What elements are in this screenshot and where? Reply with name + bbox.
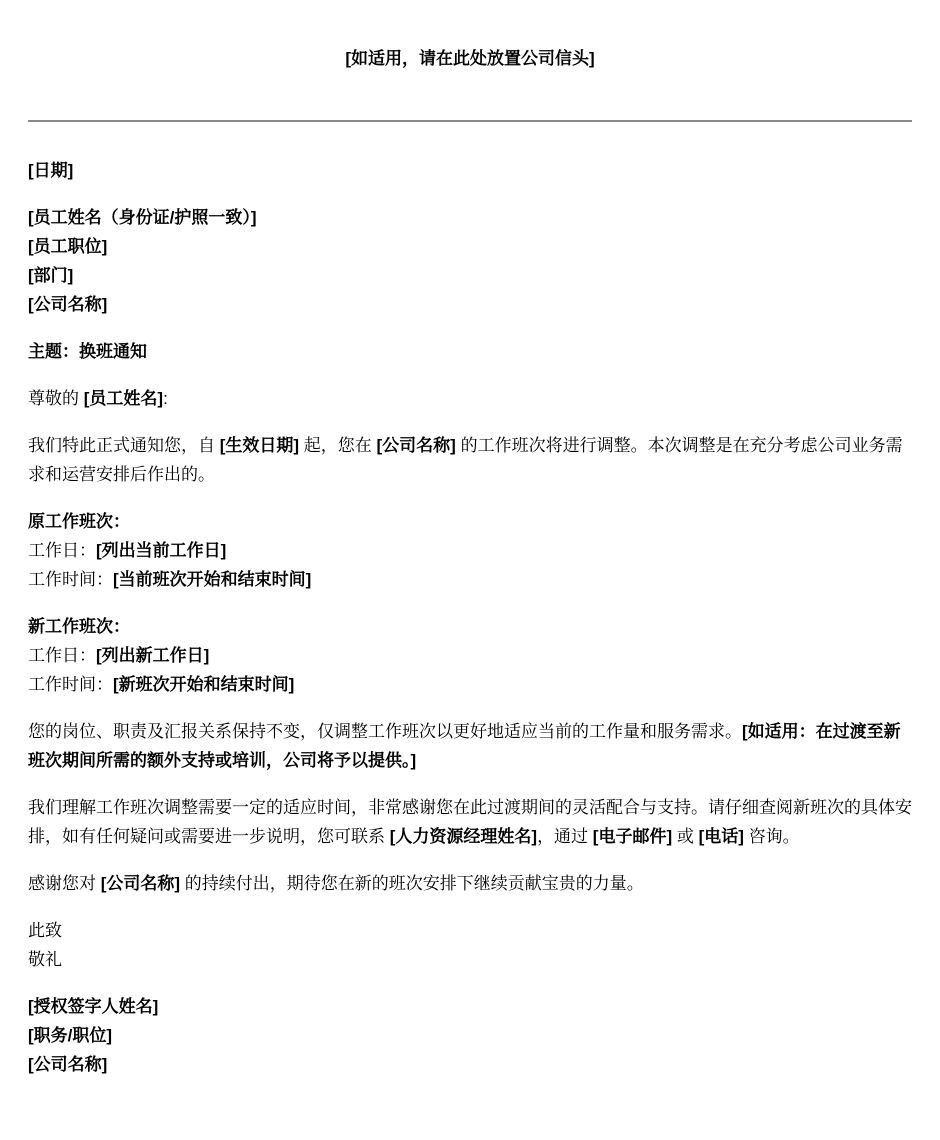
old-shift-hours: 工作时间：[当前班次开始和结束时间] bbox=[28, 565, 912, 594]
paragraph-role: 您的岗位、职责及汇报关系保持不变，仅调整工作班次以更好地适应当前的工作量和服务需… bbox=[28, 717, 912, 775]
old-shift-block: 原工作班次： 工作日：[列出当前工作日] 工作时间：[当前班次开始和结束时间] bbox=[28, 507, 912, 594]
recipient-block: [员工姓名（身份证/护照一致）] [员工职位] [部门] [公司名称] bbox=[28, 203, 912, 319]
signature-title: [职务/职位] bbox=[28, 1021, 912, 1050]
paragraph-intro: 我们特此正式通知您，自 [生效日期] 起，您在 [公司名称] 的工作班次将进行调… bbox=[28, 431, 912, 489]
signature-name: [授权签字人姓名] bbox=[28, 992, 912, 1021]
new-shift-heading: 新工作班次： bbox=[28, 612, 912, 641]
salutation: 尊敬的 [员工姓名]: bbox=[28, 384, 912, 413]
recipient-company-line: [公司名称] bbox=[28, 290, 912, 319]
new-shift-workdays: 工作日：[列出新工作日] bbox=[28, 641, 912, 670]
old-shift-workdays: 工作日：[列出当前工作日] bbox=[28, 536, 912, 565]
recipient-name-line: [员工姓名（身份证/护照一致）] bbox=[28, 203, 912, 232]
date-line: [日期] bbox=[28, 156, 912, 185]
subject-line: 主题：换班通知 bbox=[28, 337, 912, 366]
recipient-department-line: [部门] bbox=[28, 261, 912, 290]
recipient-position-line: [员工职位] bbox=[28, 232, 912, 261]
new-shift-block: 新工作班次： 工作日：[列出新工作日] 工作时间：[新班次开始和结束时间] bbox=[28, 612, 912, 699]
old-shift-heading: 原工作班次： bbox=[28, 507, 912, 536]
divider bbox=[28, 120, 912, 122]
closing-jingli: 敬礼 bbox=[28, 945, 912, 974]
closing-block: 此致 敬礼 bbox=[28, 916, 912, 974]
closing-cizhi: 此致 bbox=[28, 916, 912, 945]
new-shift-hours: 工作时间：[新班次开始和结束时间] bbox=[28, 670, 912, 699]
paragraph-contact: 我们理解工作班次调整需要一定的适应时间，非常感谢您在此过渡期间的灵活配合与支持。… bbox=[28, 793, 912, 851]
letter-page: [如适用，请在此处放置公司信头] [日期] [员工姓名（身份证/护照一致）] [… bbox=[0, 0, 940, 1079]
signature-company: [公司名称] bbox=[28, 1050, 912, 1079]
signature-block: [授权签字人姓名] [职务/职位] [公司名称] bbox=[28, 992, 912, 1079]
letterhead-placeholder: [如适用，请在此处放置公司信头] bbox=[28, 44, 912, 73]
paragraph-thanks: 感谢您对 [公司名称] 的持续付出，期待您在新的班次安排下继续贡献宝贵的力量。 bbox=[28, 869, 912, 898]
